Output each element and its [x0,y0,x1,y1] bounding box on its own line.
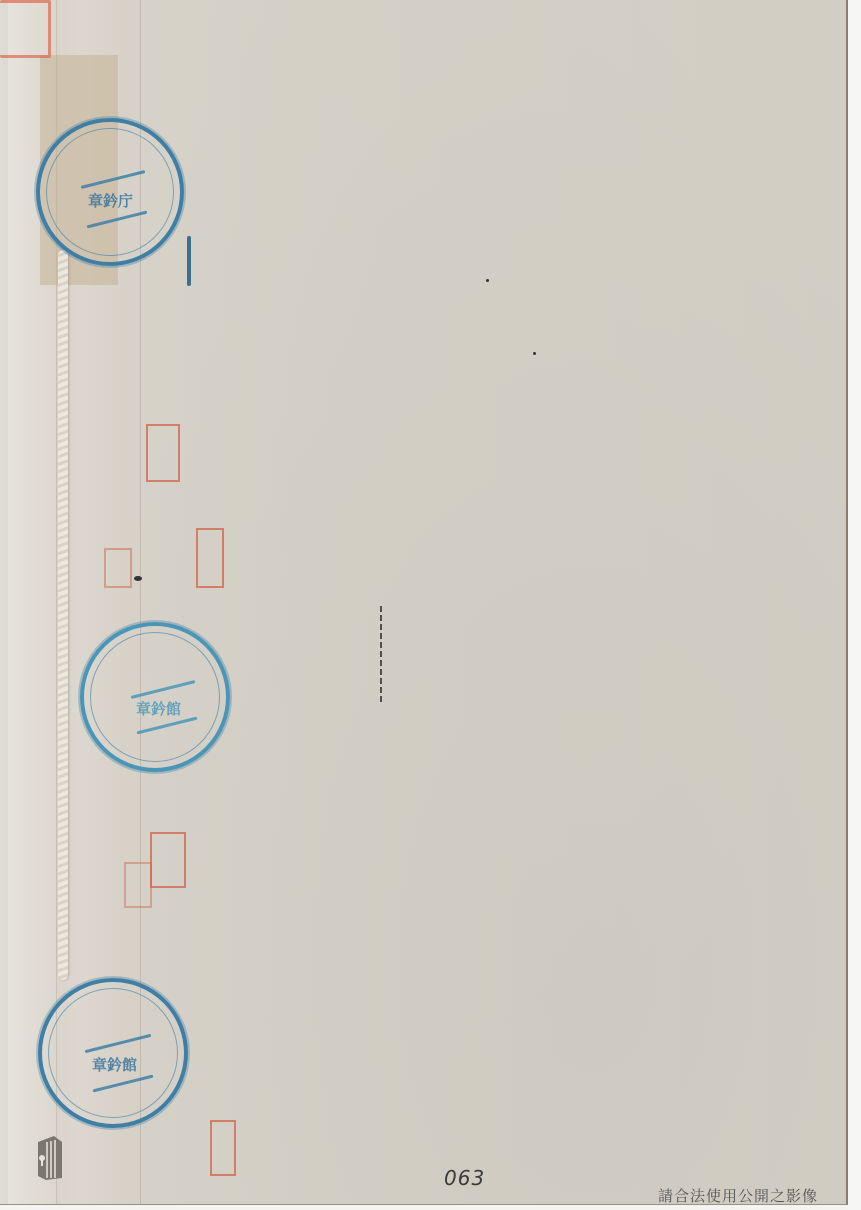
red-seal-corner [0,0,51,58]
ink-speck [486,279,489,282]
seal-inner-text: 章鈐館 [136,698,181,719]
pencil-line-mark [380,606,382,702]
red-seal [150,832,186,888]
blue-library-seal-top: 章鈐庁 [36,118,184,266]
lock-icon [36,1136,62,1180]
red-seal [210,1120,236,1176]
scan-margin [848,0,861,1210]
seal-ring [90,632,220,762]
book-cover-page: 章鈐庁 章鈐館 章鈐館 063 [0,0,848,1205]
red-seal [196,528,224,588]
seal-inner-text: 章鈐館 [92,1054,137,1075]
blue-library-seal-bottom: 章鈐館 [38,978,188,1128]
seal-inner-text: 章鈐庁 [88,190,133,211]
red-seal [104,548,132,588]
page-number: 063 [444,1166,485,1190]
binding-thread [58,250,68,980]
usage-watermark: 請合法使用公開之影像 [658,1185,818,1206]
red-seal [124,862,152,908]
blue-ink-mark [187,236,191,286]
ink-speck [134,576,142,581]
ink-speck [533,352,536,355]
blue-library-seal-middle: 章鈐館 [80,622,230,772]
seal-ring [48,988,178,1118]
red-seal [146,424,180,482]
